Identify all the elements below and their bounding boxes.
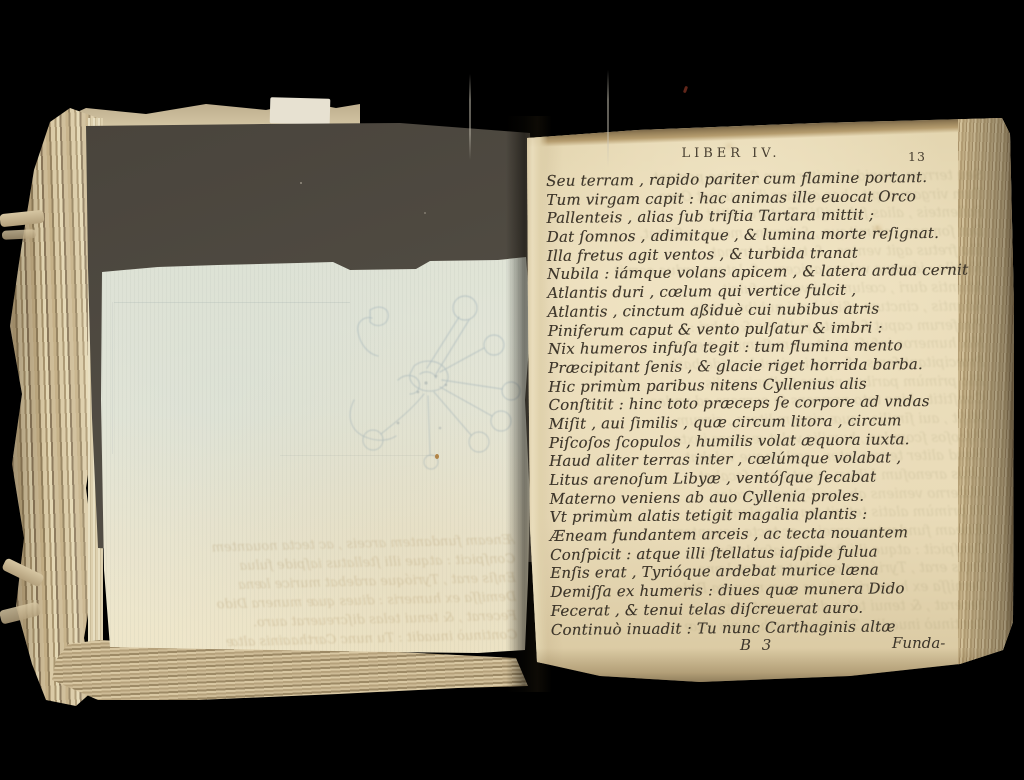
poem-text: Seu terram , rapido pariter cum flamine … bbox=[546, 168, 979, 640]
paper-speck bbox=[300, 182, 302, 184]
page-corner-tab bbox=[270, 97, 331, 125]
plate-impression-line bbox=[112, 302, 113, 454]
loose-thread bbox=[607, 70, 609, 168]
page-bottom-rim bbox=[518, 648, 1018, 692]
plate-impression-line bbox=[280, 455, 436, 456]
plate-impression-line bbox=[114, 302, 350, 303]
running-header: LIBER IV. bbox=[646, 146, 816, 161]
loose-thread bbox=[469, 74, 471, 160]
right-page: Seu terram , rapido pariter cum flamine … bbox=[518, 108, 1018, 692]
paper-speck bbox=[424, 212, 426, 214]
open-book-photograph: Æneam fundantem arceis , ac tecta nouant… bbox=[0, 0, 1024, 780]
red-fiber-speck bbox=[683, 86, 688, 94]
right-page-top-edge bbox=[514, 106, 1024, 148]
sheet-showthrough-text: Æneam fundantem arceis , ac tecta nouant… bbox=[105, 531, 518, 650]
foxing-speck bbox=[435, 454, 439, 459]
faint-figure-sketch bbox=[328, 288, 528, 478]
binding-tie bbox=[2, 229, 36, 240]
page-number: 13 bbox=[908, 149, 926, 164]
inserted-blank-sheet: Æneam fundantem arceis , ac tecta nouant… bbox=[98, 240, 542, 668]
